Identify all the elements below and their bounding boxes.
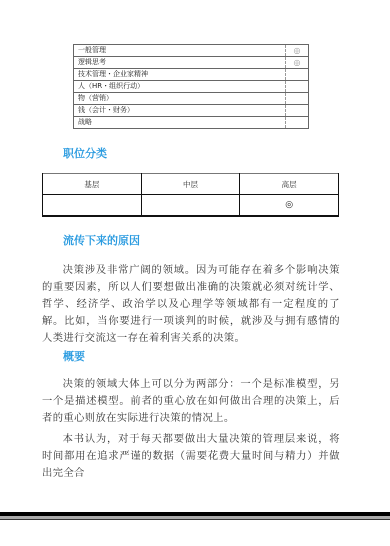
table-header-row: 基层 中层 高层 xyxy=(43,174,339,195)
table-row: 逻辑思考◎ xyxy=(74,57,309,69)
column-header: 高层 xyxy=(240,174,339,195)
skill-label: 物（营销） xyxy=(74,93,286,105)
skill-label: 钱（会计・财务） xyxy=(74,105,286,117)
table-row: ◎ xyxy=(43,195,339,217)
column-header: 中层 xyxy=(141,174,240,195)
skill-label: 技术管理・企业家精神 xyxy=(74,69,286,81)
double-circle-icon: ◎ xyxy=(240,195,339,217)
origin-paragraph: 决策涉及非常广阔的领域。因为可能存在着多个影响决策的重要因素，所以人们要想做出准… xyxy=(42,262,340,347)
skill-label: 人（HR・组织行动） xyxy=(74,81,286,93)
table-row: 一般管理◎ xyxy=(74,45,309,57)
mark-cell xyxy=(43,195,142,217)
table-row: 人（HR・组织行动） xyxy=(74,81,309,93)
section-heading-summary: 概要 xyxy=(63,348,85,364)
double-circle-icon: ◎ xyxy=(286,45,309,57)
mark-cell xyxy=(286,117,309,129)
summary-paragraph-1: 决策的领域大体上可以分为两部分：一个是标准模型，另一个是描述模型。前者的重心放在… xyxy=(42,376,340,427)
double-circle-icon: ◎ xyxy=(286,57,309,69)
mark-cell xyxy=(286,81,309,93)
page-footer-rule-line xyxy=(0,519,390,520)
skill-label: 战略 xyxy=(74,117,286,129)
mark-cell xyxy=(286,69,309,81)
section-heading-position: 职位分类 xyxy=(63,145,107,161)
position-level-table: 基层 中层 高层 ◎ xyxy=(42,173,339,217)
table-row: 战略 xyxy=(74,117,309,129)
mark-cell xyxy=(286,105,309,117)
column-header: 基层 xyxy=(43,174,142,195)
section-heading-origin: 流传下来的原因 xyxy=(63,232,140,248)
skill-label: 逻辑思考 xyxy=(74,57,286,69)
skill-label: 一般管理 xyxy=(74,45,286,57)
summary-paragraph-2: 本书认为，对于每天都要做出大量决策的管理层来说，将时间都用在追求严谨的数据（需要… xyxy=(42,431,340,482)
table-row: 技术管理・企业家精神 xyxy=(74,69,309,81)
mark-cell xyxy=(141,195,240,217)
table-row: 钱（会计・财务） xyxy=(74,105,309,117)
mark-cell xyxy=(286,93,309,105)
table-row: 物（营销） xyxy=(74,93,309,105)
skills-table: 一般管理◎ 逻辑思考◎ 技术管理・企业家精神 人（HR・组织行动） 物（营销） … xyxy=(73,44,309,129)
